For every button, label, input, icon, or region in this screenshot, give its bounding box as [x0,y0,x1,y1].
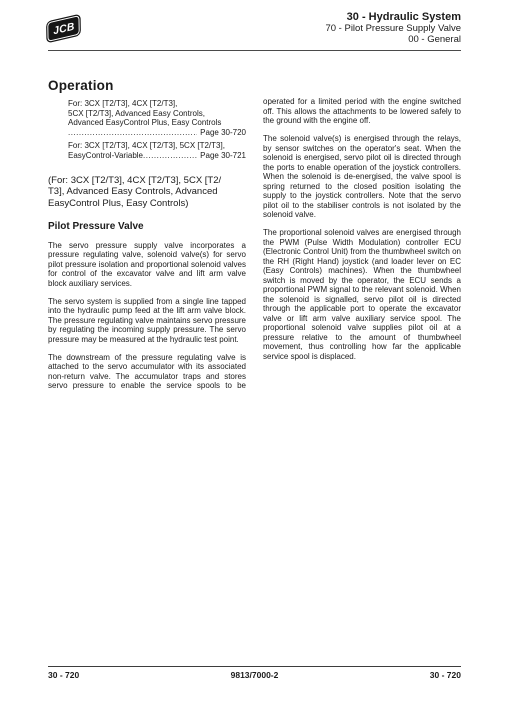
section-title: 70 - Pilot Pressure Supply Valve [325,24,461,35]
toc-entry-text: 5CX [T2/T3], Advanced Easy Controls, [68,109,246,119]
toc-page-ref[interactable]: Page 30-720 [200,128,246,138]
page-footer: 30 - 720 9813/7000-2 30 - 720 [48,670,461,680]
page-number-right: 30 - 720 [430,670,461,680]
subsection-title: 00 - General [325,35,461,46]
pilot-pressure-valve-heading: Pilot Pressure Valve [48,221,246,232]
header-titles: 30 - Hydraulic System 70 - Pilot Pressur… [325,11,461,45]
toc-entry-1[interactable]: For: 3CX [T2/T3], 4CX [T2/T3], 5CX [T2/T… [68,99,246,137]
page-number-left: 30 - 720 [48,670,79,680]
jcb-logo-text: JCB [52,20,75,37]
publication-number: 9813/7000-2 [231,670,279,680]
body-paragraph: operated for a limited period with the e… [263,97,461,126]
page-content: Operation For: 3CX [T2/T3], 4CX [T2/T3],… [48,79,461,391]
toc-entry-2[interactable]: For: 3CX [T2/T3], 4CX [T2/T3], 5CX [T2/T… [68,141,246,160]
body-paragraph: The proportional solenoid valves are ene… [263,228,461,361]
body-paragraph: The servo system is supplied from a sing… [48,297,246,345]
toc-entry-text: For: 3CX [T2/T3], 4CX [T2/T3], [68,99,246,109]
body-paragraph: The servo pressure supply valve incorpor… [48,241,246,289]
jcb-logo: JCB [47,15,79,42]
body-paragraph: The solenoid valve(s) is energised throu… [263,134,461,220]
toc-page-ref[interactable]: Page 30-721 [200,151,246,161]
footer-divider [48,666,461,667]
toc: For: 3CX [T2/T3], 4CX [T2/T3], 5CX [T2/T… [68,99,246,161]
body-paragraph: The downstream of the pressure regulatin… [48,353,246,391]
manual-page: JCB 30 - Hydraulic System 70 - Pilot Pre… [0,0,510,721]
applicability-note: (For: 3CX [T2/T3], 4CX [T2/T3], 5CX [T2/… [48,175,246,210]
dotted-leader: ........................................… [143,151,197,161]
right-column: operated for a limited period with the e… [263,79,461,391]
toc-entry-text: For: 3CX [T2/T3], 4CX [T2/T3], 5CX [T2/T… [68,141,246,151]
left-column: Operation For: 3CX [T2/T3], 4CX [T2/T3],… [48,79,246,391]
dotted-leader: ........................................… [68,128,197,138]
operation-heading: Operation [48,79,246,93]
toc-entry-text: Advanced EasyControl Plus, Easy Controls [68,118,246,128]
toc-entry-text: EasyControl-Variable [68,151,143,161]
header-divider [48,50,461,51]
